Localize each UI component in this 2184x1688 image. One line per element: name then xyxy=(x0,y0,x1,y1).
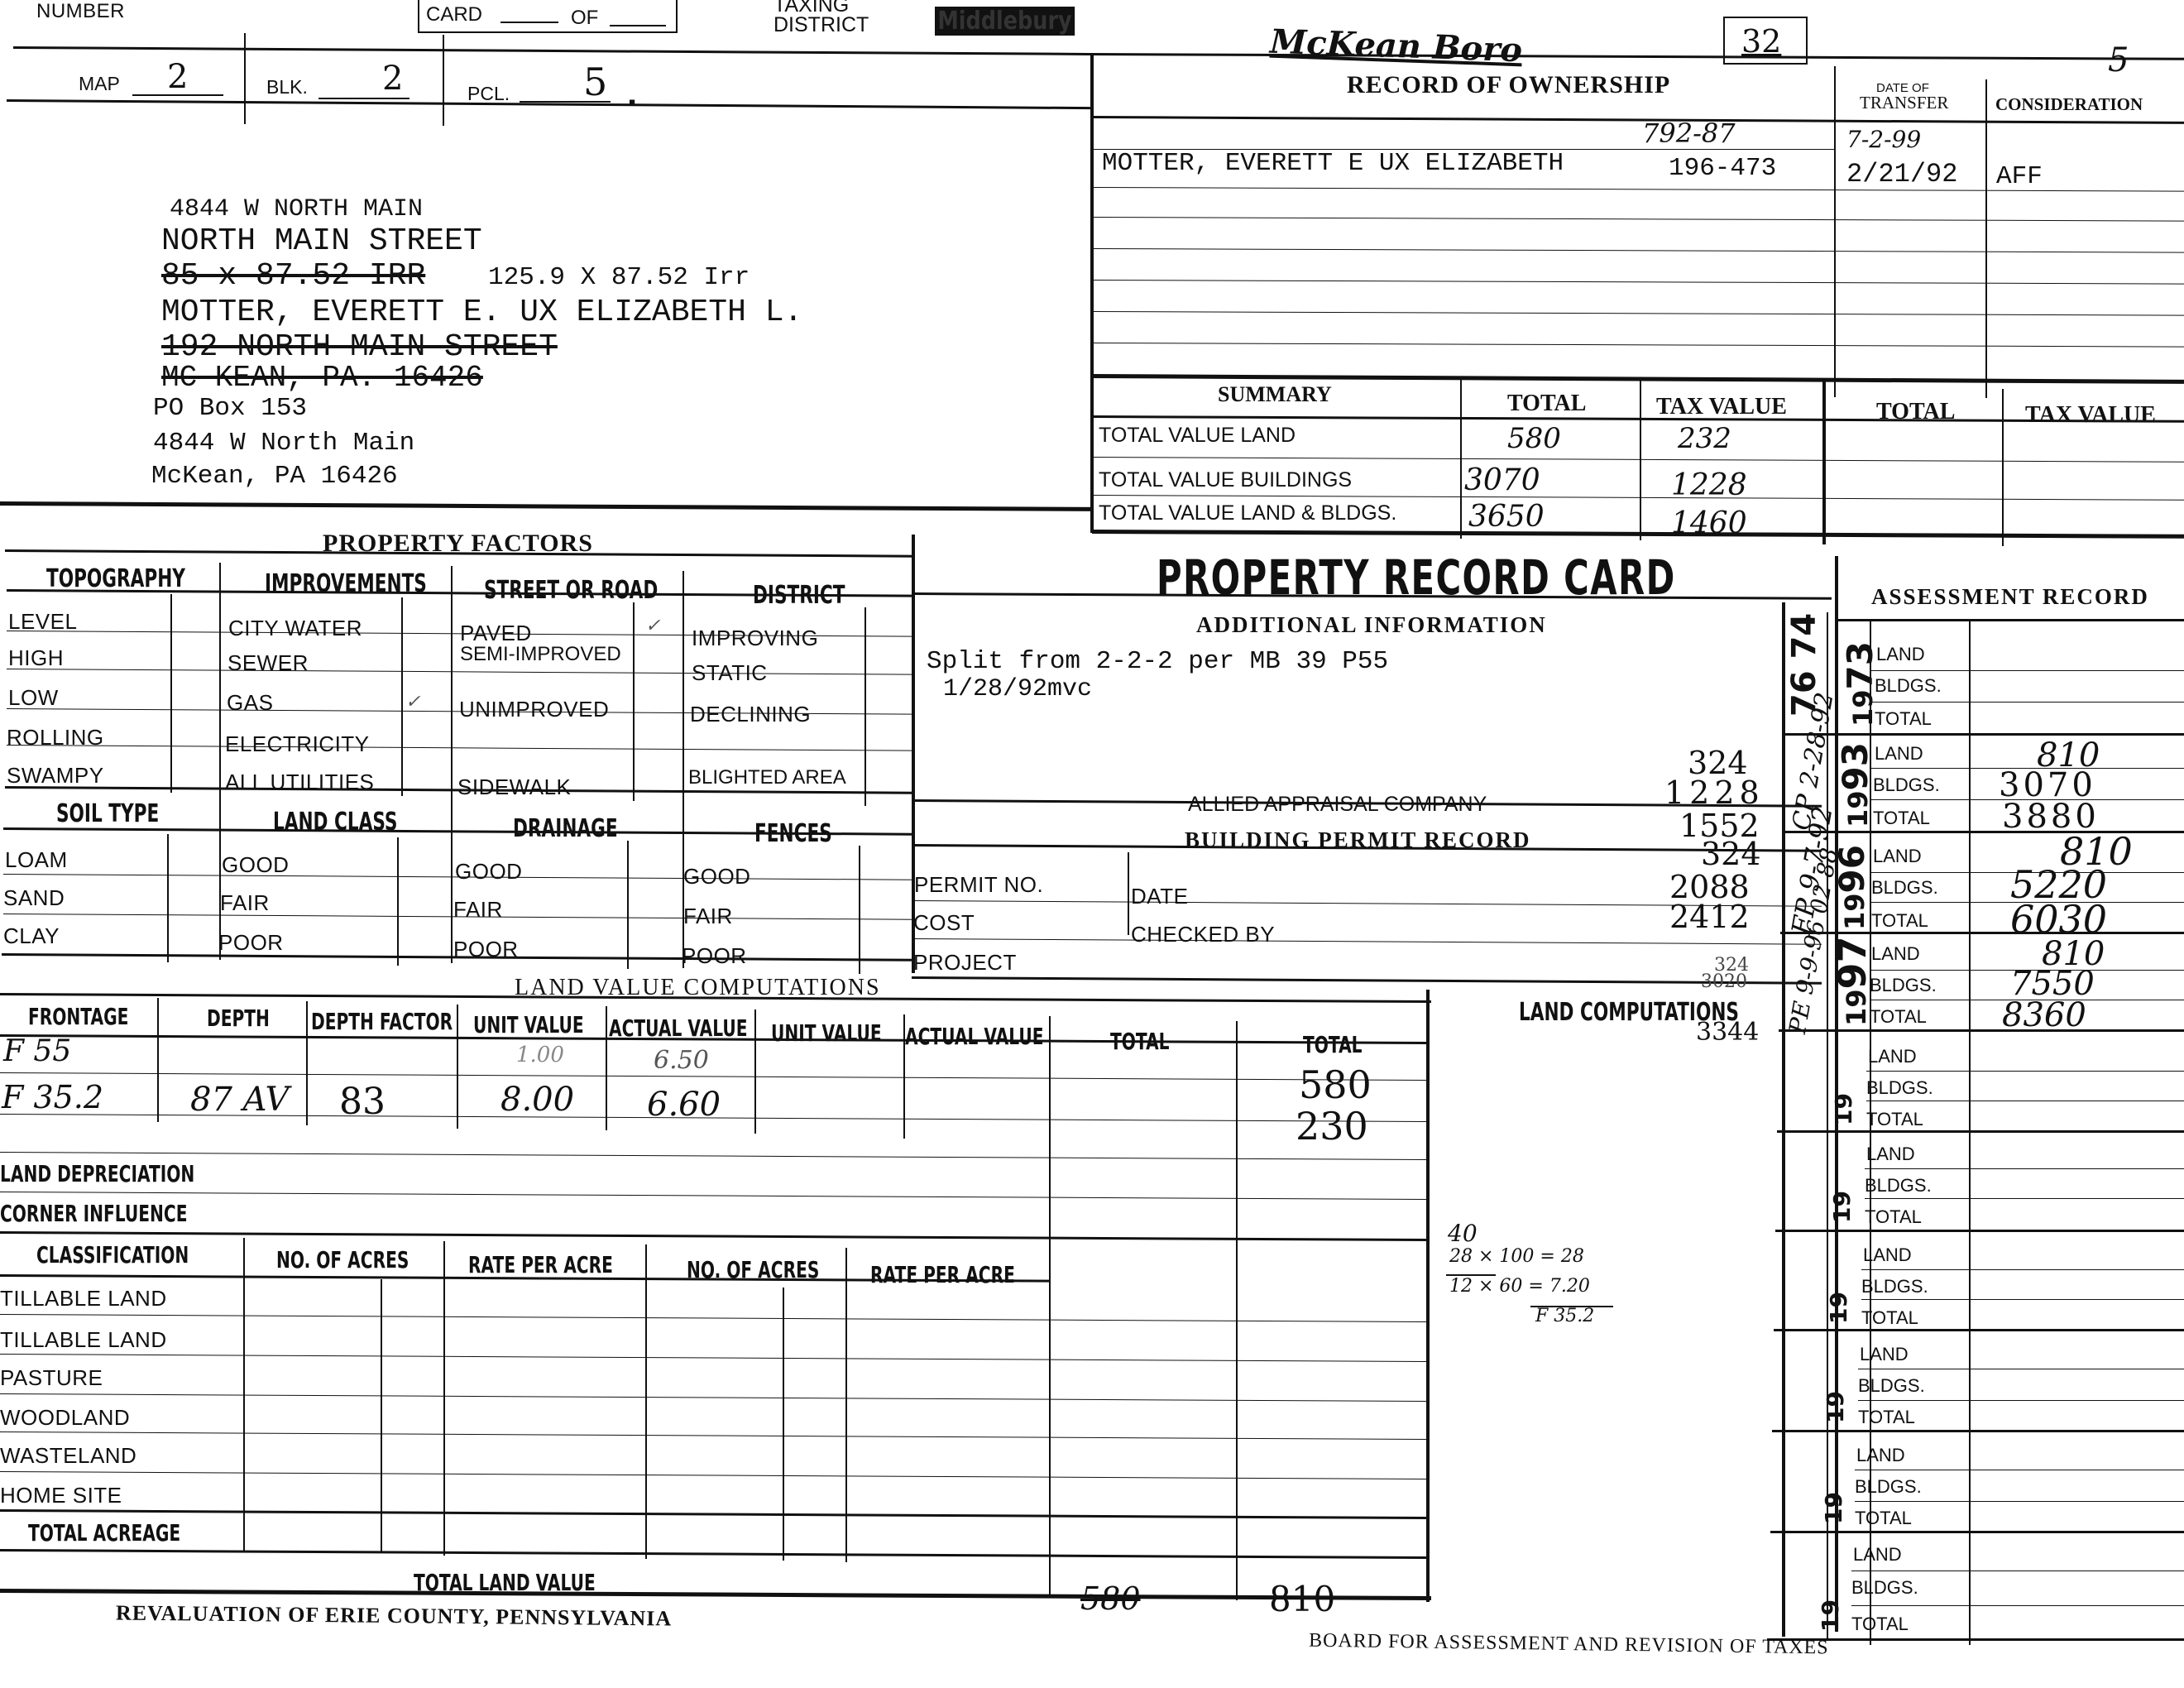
total-label: TOTAL xyxy=(1871,910,1928,932)
bldgs-label: BLDGS. xyxy=(1861,1276,1928,1297)
pcl-label: PCL. xyxy=(467,83,510,105)
class-header-rate: RATE PER ACRE xyxy=(468,1251,613,1278)
year-label: 1973 xyxy=(1840,641,1880,727)
map-label: MAP xyxy=(79,73,120,95)
bldgs-label: BLDGS. xyxy=(1871,877,1938,899)
location-line: 4844 W NORTH MAIN xyxy=(170,195,423,223)
bldgs-label: BLDGS. xyxy=(1855,1476,1922,1498)
number-label: NUMBER xyxy=(36,0,125,23)
total-label: TOTAL xyxy=(1865,1206,1922,1228)
land-class-poor: POOR xyxy=(218,930,284,956)
factor-all-utilities: ALL UTILITIES xyxy=(225,770,374,795)
factor-unimproved: UNIMPROVED xyxy=(459,697,609,722)
bldgs-label: BLDGS. xyxy=(1865,1175,1932,1196)
factor-high: HIGH xyxy=(8,645,64,671)
fences-fair: FAIR xyxy=(683,904,733,929)
lv-frontage: F 35.2 xyxy=(2,1079,103,1115)
corner-influence-label: CORNER INFLUENCE xyxy=(0,1200,187,1227)
lv-header-total-2: TOTAL xyxy=(1303,1031,1363,1058)
additional-info-line-1: Split from 2-2-2 per MB 39 P55 xyxy=(927,647,1388,676)
blk-label: BLK. xyxy=(266,76,308,98)
bldgs-label: BLDGS. xyxy=(1875,675,1942,697)
mailing-line-3: McKean, PA 16426 xyxy=(151,462,398,491)
year-label: 19 xyxy=(1822,1391,1849,1423)
lv-header-unit-value: UNIT VALUE xyxy=(473,1011,584,1038)
land-computation-note: 40 xyxy=(1448,1220,1478,1247)
summary-land-tax: 232 xyxy=(1678,422,1731,455)
lv-unit-value: 1.00 xyxy=(516,1043,564,1067)
total-label: TOTAL xyxy=(1851,1614,1909,1635)
footer-left: REVALUATION OF ERIE COUNTY, PENNSYLVANIA xyxy=(116,1600,672,1631)
land-class-good: GOOD xyxy=(222,852,289,878)
factor-loam: LOAM xyxy=(5,847,68,873)
permit-checked-by-label: CHECKED BY xyxy=(1131,922,1275,947)
class-home-site: HOME SITE xyxy=(0,1483,122,1508)
fences-good: GOOD xyxy=(683,864,750,890)
lv-total: 230 xyxy=(1296,1104,1368,1149)
permit-date-label: DATE xyxy=(1131,884,1188,909)
additional-info-title: ADDITIONAL INFORMATION xyxy=(1196,612,1547,638)
lv-header-depth: DEPTH xyxy=(207,1005,270,1032)
lv-header-actual-value-2: ACTUAL VALUE xyxy=(905,1023,1043,1050)
total-label: TOTAL xyxy=(1855,1508,1912,1529)
summary-title: SUMMARY xyxy=(1218,382,1332,407)
year-label: 19 xyxy=(1817,1599,1844,1632)
summary-buildings-total: 3070 xyxy=(1464,463,1540,497)
land-label: LAND xyxy=(1873,846,1922,867)
pcl-dot: . xyxy=(627,73,637,114)
year-label: 1993 xyxy=(1835,742,1875,827)
year-label: 19 xyxy=(1828,1191,1856,1223)
class-tillable-2: TILLABLE LAND xyxy=(0,1327,167,1353)
total-label: TOTAL xyxy=(1870,1006,1927,1028)
land-label: LAND xyxy=(1863,1244,1912,1266)
dimensions-struck: 85 x 87.52 IRR xyxy=(161,258,425,294)
factor-electricity: ELECTRICITY xyxy=(225,731,370,757)
land-depreciation-label: LAND DEPRECIATION xyxy=(0,1160,194,1187)
summary-row-label: TOTAL VALUE BUILDINGS xyxy=(1099,468,1352,492)
land-label: LAND xyxy=(1853,1544,1902,1566)
corner-mark: 5 xyxy=(2108,41,2129,79)
old-city-struck: MC KEAN, PA. 16426 xyxy=(161,361,483,395)
class-wasteland: WASTELAND xyxy=(0,1443,136,1469)
old-address-struck: 192 NORTH MAIN STREET xyxy=(161,329,558,365)
land-computation-note: 28 × 100 = 28 xyxy=(1449,1246,1584,1267)
land-computation-note: F 35.2 xyxy=(1535,1306,1594,1326)
mailing-line-1: PO Box 153 xyxy=(153,394,307,423)
land-label: LAND xyxy=(1860,1344,1909,1365)
class-pasture: PASTURE xyxy=(0,1365,103,1391)
check-mark-icon: ✓ xyxy=(645,616,660,636)
factor-gas: GAS xyxy=(227,690,273,716)
land-label: LAND xyxy=(1868,1046,1917,1067)
summary-tax-header: TAX VALUE xyxy=(1656,394,1787,420)
mailing-line-2: 4844 W North Main xyxy=(153,429,414,458)
year-label: 19 xyxy=(1830,1093,1857,1125)
drainage-header: DRAINAGE xyxy=(513,814,618,843)
check-mark-icon: ✓ xyxy=(405,692,420,712)
fences-poor: POOR xyxy=(682,943,747,969)
class-woodland: WOODLAND xyxy=(0,1405,130,1431)
total-label: TOTAL xyxy=(1875,708,1932,730)
lv-header-unit-value-2: UNIT VALUE xyxy=(771,1019,882,1047)
permit-cost-label: COST xyxy=(913,910,975,936)
bldgs-label: BLDGS. xyxy=(1858,1375,1925,1397)
pcl-value: 5 xyxy=(583,60,607,104)
total-label: TOTAL xyxy=(1866,1109,1923,1130)
summary-row-label: TOTAL VALUE LAND xyxy=(1099,424,1296,448)
factor-city-water: CITY WATER xyxy=(228,616,362,641)
margin-note: 2412 xyxy=(1669,899,1750,935)
total-acreage-label: TOTAL ACREAGE xyxy=(28,1519,180,1547)
of-label: OF xyxy=(571,7,598,30)
lv-depth: 87 AV xyxy=(190,1081,289,1119)
lv-header-depth-factor: DEPTH FACTOR xyxy=(311,1008,453,1035)
class-tillable-1: TILLABLE LAND xyxy=(0,1286,167,1312)
class-header-acres: NO. OF ACRES xyxy=(276,1246,409,1273)
factor-declining: DECLINING xyxy=(690,702,811,727)
land-computations-title: LAND COMPUTATIONS xyxy=(1519,998,1739,1027)
factor-sewer: SEWER xyxy=(227,650,309,676)
footer-right: BOARD FOR ASSESSMENT AND REVISION OF TAX… xyxy=(1309,1630,1829,1660)
bldgs-label: BLDGS. xyxy=(1870,975,1937,996)
factor-improving: IMPROVING xyxy=(692,626,818,651)
bldgs-label: BLDGS. xyxy=(1866,1077,1933,1099)
lv-actual-value: 6.50 xyxy=(654,1046,709,1075)
year-label: 19 xyxy=(1820,1492,1847,1524)
summary-land-total: 580 xyxy=(1507,422,1561,455)
total-label: TOTAL xyxy=(1861,1307,1918,1329)
date-note: 7-2-99 xyxy=(1846,126,1921,153)
consideration-value: AFF xyxy=(1996,162,2043,191)
year-label: 1997 xyxy=(1830,936,1875,1026)
total-label: TOTAL xyxy=(1873,808,1930,829)
factor-rolling: ROLLING xyxy=(7,725,104,750)
additional-info-line-2: 1/28/92mvc xyxy=(943,675,1092,703)
map-value: 2 xyxy=(167,58,188,96)
owner-line: MOTTER, EVERETT E. UX ELIZABETH L. xyxy=(161,295,802,330)
land-label: LAND xyxy=(1875,743,1923,765)
taxing-district-stamp: McKean Boro xyxy=(1269,22,1523,70)
summary-total-header: TOTAL xyxy=(1507,391,1586,417)
card-of-box: CARD OF xyxy=(418,0,678,33)
street-header: STREET OR ROAD xyxy=(484,576,658,605)
bldgs-label: BLDGS. xyxy=(1851,1577,1918,1599)
lv-frontage: F 55 xyxy=(3,1034,71,1068)
land-class-fair: FAIR xyxy=(220,890,270,916)
factor-swampy: SWAMPY xyxy=(7,763,104,789)
class-header-rate-2: RATE PER ACRE xyxy=(870,1261,1015,1288)
dimensions-line: 125.9 X 87.52 Irr xyxy=(488,263,750,292)
blk-value: 2 xyxy=(382,60,403,98)
taxing-district-label: TAXING DISTRICT xyxy=(773,0,869,35)
factor-blighted-area: BLIGHTED AREA xyxy=(688,768,854,788)
lv-total: 580 xyxy=(1299,1062,1372,1107)
consideration-label: CONSIDERATION xyxy=(1995,94,2143,115)
deed-note: 792-87 xyxy=(1642,117,1736,149)
card-label: CARD xyxy=(426,3,482,26)
factor-low: LOW xyxy=(8,685,59,711)
owner-name: MOTTER, EVERETT E UX ELIZABETH xyxy=(1102,149,1564,178)
class-header-classification: CLASSIFICATION xyxy=(36,1241,189,1268)
summary-combined-total: 3650 xyxy=(1468,500,1545,534)
margin-note: 324 xyxy=(1701,836,1761,872)
land-computation-note: 12 × 60 = 7.20 xyxy=(1449,1276,1590,1297)
deed-book-page: 196-473 xyxy=(1669,154,1776,183)
land-label: LAND xyxy=(1866,1144,1915,1165)
factor-sidewalk: SIDEWALK xyxy=(457,774,571,800)
taxing-district-struck: Middlebury xyxy=(935,7,1075,36)
summary-row-label: TOTAL VALUE LAND & BLDGS. xyxy=(1099,501,1396,525)
drainage-fair: FAIR xyxy=(453,897,503,923)
assessment-title: ASSESSMENT RECORD xyxy=(1871,584,2149,610)
bldgs-label: BLDGS. xyxy=(1873,774,1940,796)
lv-header-frontage: FRONTAGE xyxy=(28,1003,128,1030)
permit-project-label: PROJECT xyxy=(913,950,1017,976)
land-label: LAND xyxy=(1876,644,1925,665)
land-label: LAND xyxy=(1871,943,1920,965)
transfer-label: TRANSFER xyxy=(1860,93,1948,113)
drainage-good: GOOD xyxy=(455,859,522,885)
total-label: TOTAL xyxy=(1858,1407,1915,1428)
factor-semi-improved: SEMI-IMPROVED xyxy=(460,645,625,664)
permit-no-label: PERMIT NO. xyxy=(914,872,1043,898)
ownership-title: RECORD OF OWNERSHIP xyxy=(1347,71,1670,99)
year-label: 19 xyxy=(1825,1292,1852,1324)
street-line: NORTH MAIN STREET xyxy=(161,223,482,259)
soil-header: SOIL TYPE xyxy=(56,799,159,828)
margin-note: 3020 xyxy=(1701,971,1747,992)
lv-unit-value: 8.00 xyxy=(500,1081,574,1119)
land-label: LAND xyxy=(1856,1445,1905,1466)
transfer-date: 2/21/92 xyxy=(1846,159,1957,189)
margin-note: 1228 xyxy=(1664,774,1765,811)
district-number: 32 xyxy=(1741,23,1781,60)
summary-tax-header-2: TAX VALUE xyxy=(2025,402,2156,429)
factor-clay: CLAY xyxy=(3,923,60,949)
factor-sand: SAND xyxy=(3,885,65,911)
